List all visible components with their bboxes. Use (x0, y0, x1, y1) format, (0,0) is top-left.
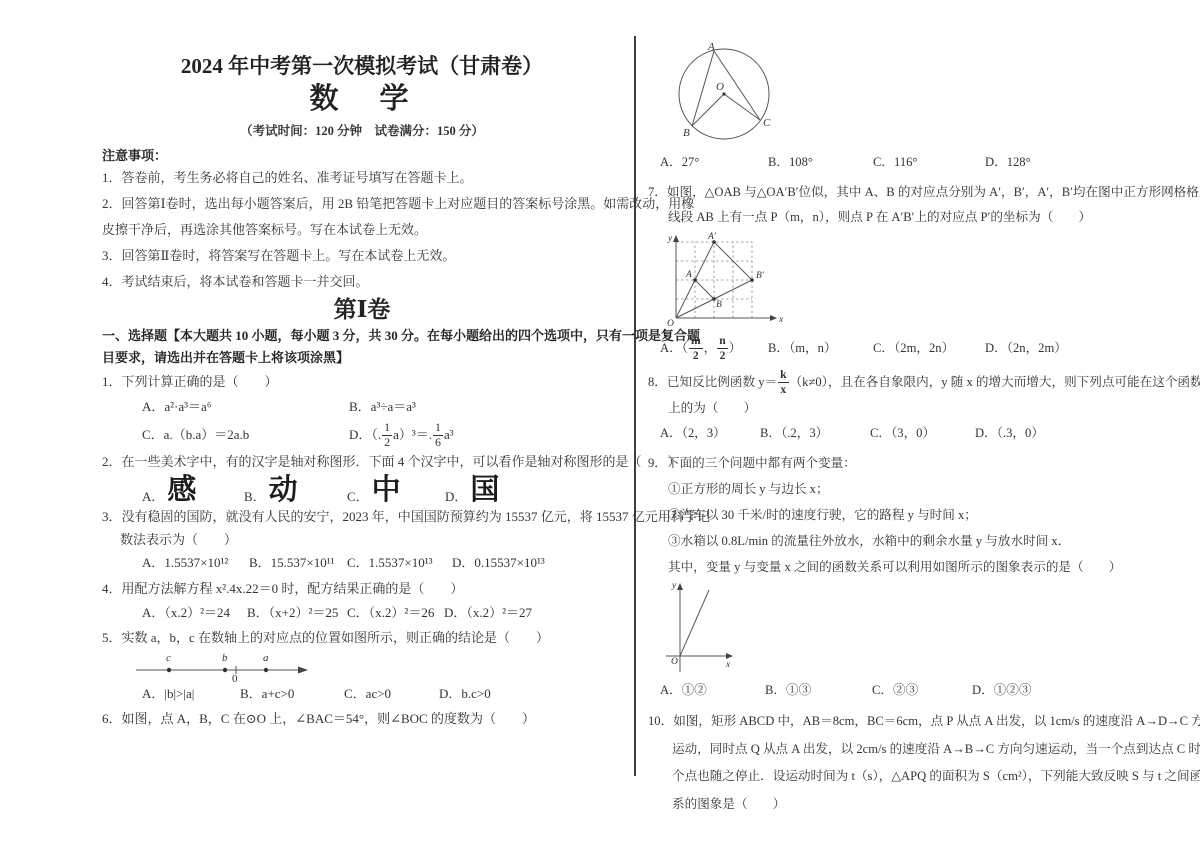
question-5-option-a: A．|b|>|a| (142, 682, 240, 705)
notice-line-1: 1．答卷前，考生务必将自己的姓名、准考证号填写在答题卡上。 (102, 165, 622, 191)
question-1-stem: 1．下列计算正确的是（ ） (102, 370, 622, 393)
question-5-stem: 5．实数 a，b，c 在数轴上的对应点的位置如图所示，则正确的结论是（ ） (102, 626, 622, 649)
question-2-option-d: D．国 (445, 475, 499, 505)
question-6-options: A．27° B．108° C．116° D．128° (648, 150, 1176, 174)
fraction-m-over-2: m2 (689, 335, 703, 361)
question-2-stem: 2．在一些美术字中，有的汉字是轴对称图形．下面 4 个汉字中，可以看作是轴对称图… (102, 450, 622, 473)
question-3-option-a: A．1.5537×10¹² (142, 551, 249, 574)
question-3-option-d: D．0.15537×10¹³ (452, 551, 545, 574)
exam-meta: （考试时间：120 分钟 试卷满分：150 分） (102, 123, 622, 140)
question-9-stem: 9．下面的三个问题中都有两个变量： (648, 451, 1176, 476)
question-3-options: A．1.5537×10¹² B．15.537×10¹¹ C．1.5537×10¹… (102, 551, 622, 574)
fraction-n-over-2: n2 (717, 335, 727, 361)
question-2-option-a: A．感 (142, 475, 244, 505)
question-3-stem-line-1: 3．没有稳固的国防，就没有人民的安宁，2023 年，中国国防预算约为 15537… (102, 505, 622, 528)
question-10-line-2: 运动，同时点 Q 从点 A 出发，以 2cm/s 的速度沿 A→B→C 方向匀速… (648, 736, 1176, 764)
circle-point-b-label: B (683, 127, 690, 139)
question-3-stem-line-2: 数法表示为（ ） (102, 528, 622, 551)
question-7-stem-line-2: 线段 AB 上有一点 P（m，n），则点 P 在 A′B′上的对应点 P′的坐标… (648, 205, 1176, 230)
question-4-option-b: B．（x+2）²＝25 (247, 600, 347, 626)
question-6-option-d: D．128° (985, 150, 1031, 174)
character-dong: 动 (269, 475, 298, 505)
grid-figure: y x O A B A′ B′ (656, 232, 788, 332)
grid-point-a-label: A (685, 270, 692, 280)
point-c-label: c (166, 652, 171, 664)
notice-title: 注意事项： (102, 146, 622, 165)
question-8-option-a: A．（2，3） (660, 421, 760, 445)
grid-point-b-prime-label: B′ (756, 271, 765, 281)
question-9-item-2: ②汽车以 30 千米/时的速度行驶，它的路程 y 与时间 x； (648, 502, 1176, 528)
question-5-options: A．|b|>|a| B．a+c>0 C．ac>0 D．b.c>0 (102, 682, 622, 705)
question-7-option-c: C．（2m，2n） (873, 334, 985, 362)
grid-x-axis-label: x (778, 315, 784, 325)
graph-origin-label: O (671, 657, 678, 667)
question-6-option-a: A．27° (660, 150, 768, 174)
question-6-option-c: C．116° (873, 150, 985, 174)
question-9-item-1: ①正方形的周长 y 与边长 x； (648, 476, 1176, 502)
question-7-option-b: B．（m，n） (768, 334, 873, 362)
question-10-line-1: 10．如图，矩形 ABCD 中，AB＝8cm，BC＝6cm，点 P 从点 A 出… (648, 708, 1176, 736)
question-7-option-d: D．（2n，2m） (985, 334, 1067, 362)
section-heading: 第Ⅰ卷 (102, 295, 622, 325)
question-5-option-b: B．a+c>0 (240, 682, 344, 705)
character-guo: 国 (470, 475, 499, 505)
question-4-options: A．（x.2）²＝24 B．（x+2）²＝25 C．（x.2）²＝26 D．（x… (102, 600, 622, 626)
question-9-options: A．①② B．①③ C．②③ D．①②③ (648, 678, 1176, 702)
circle-figure: A B C O (662, 42, 782, 144)
question-2-option-c: C．中 (347, 475, 445, 505)
grid-point-a-prime-label: A′ (707, 232, 717, 242)
question-10-line-3: 个点也随之停止．设运动时间为 t（s），△APQ 的面积为 S（cm²），下列能… (648, 763, 1176, 791)
section-intro-line-1: 一、选择题【本大题共 10 小题，每小题 3 分，共 30 分。在每小题给出的四… (102, 325, 622, 347)
left-column: 2024 年中考第一次模拟考试（甘肃卷） 数 学 （考试时间：120 分钟 试卷… (102, 52, 622, 730)
question-1-options-row-2: C．a.（b.a）＝2a.b D．（.12a）³＝.16a³ (102, 420, 622, 450)
fraction-k-over-x: kx (778, 369, 788, 395)
question-1-option-c: C．a.（b.a）＝2a.b (142, 420, 349, 450)
right-column: A B C O A．27° B．108° C．116° D．128° 7．如图，… (648, 40, 1176, 818)
question-4-option-a: A．（x.2）²＝24 (142, 600, 247, 626)
notice-line-2b: 皮擦干净后，再选涂其他答案标号。写在本试卷上无效。 (102, 217, 622, 243)
question-6-stem: 6．如图，点 A，B，C 在⊙O 上，∠BAC＝54°，则∠BOC 的度数为（ … (102, 707, 622, 730)
circle-point-c-label: C (763, 117, 771, 129)
exam-paper-page: 2024 年中考第一次模拟考试（甘肃卷） 数 学 （考试时间：120 分钟 试卷… (0, 0, 1200, 848)
character-gan: 感 (167, 475, 196, 505)
exam-title: 2024 年中考第一次模拟考试（甘肃卷） (102, 52, 622, 80)
character-zhong: 中 (372, 475, 401, 505)
question-4-option-c: C．（x.2）²＝26 (347, 600, 444, 626)
notice-line-4: 4．考试结束后，将本试卷和答题卡一并交回。 (102, 269, 622, 295)
question-1-options-row-1: A．a²·a³＝a⁶ B．a³÷a＝a³ (102, 393, 622, 420)
question-10-line-4: 系的图象是（ ） (648, 791, 1176, 819)
question-7-option-a: A．（m2，n2） (660, 334, 768, 362)
line-graph-figure: y x O (660, 580, 750, 678)
question-3-option-c: C．1.5537×10¹³ (347, 551, 452, 574)
question-9-option-a: A．①② (660, 678, 765, 702)
question-1-option-b: B．a³÷a＝a³ (349, 393, 416, 420)
question-7-stem-line-1: 7．如图，△OAB 与△OA′B′位似，其中 A、B 的对应点分别为 A′，B′… (648, 180, 1176, 205)
question-4-stem: 4．用配方法解方程 x².4x.22＝0 时，配方结果正确的是（ ） (102, 577, 622, 600)
question-2-option-b: B．动 (244, 475, 347, 505)
question-7-options: A．（m2，n2） B．（m，n） C．（2m，2n） D．（2n，2m） (648, 334, 1176, 362)
question-9-option-d: D．①②③ (972, 678, 1031, 702)
fraction-one-sixth: 16 (433, 422, 443, 449)
question-4-option-d: D．（x.2）²＝27 (444, 600, 532, 626)
notice-line-2: 2．回答第Ⅰ卷时，选出每小题答案后，用 2B 铅笔把答题卡上对应题目的答案标号涂… (102, 191, 622, 217)
circle-center-o-label: O (716, 81, 724, 93)
grid-origin-label: O (667, 319, 674, 329)
question-8-option-c: C．（3，0） (870, 421, 975, 445)
question-8-option-b: B．（.2，3） (760, 421, 870, 445)
subject-title: 数 学 (102, 80, 622, 118)
question-8-stem-line-1: 8．已知反比例函数 y＝kx（k≠0），且在各自象限内，y 随 x 的增大而增大… (648, 368, 1176, 396)
notice-line-3: 3．回答第Ⅱ卷时，将答案写在答题卡上。写在本试卷上无效。 (102, 243, 622, 269)
question-1-option-d: D．（.12a）³＝.16a³ (349, 420, 454, 450)
question-8-option-d: D．（.3，0） (975, 421, 1044, 445)
number-line-figure: c b a 0 (132, 649, 312, 682)
question-9-option-b: B．①③ (765, 678, 872, 702)
question-2-options: A．感 B．动 C．中 D．国 (102, 473, 622, 505)
question-9-option-c: C．②③ (872, 678, 972, 702)
origin-zero-label: 0 (232, 673, 238, 682)
question-9-item-3: ③水箱以 0.8L/min 的流量往外放水，水箱中的剩余水量 y 与放水时间 x… (648, 528, 1176, 554)
grid-y-axis-label: y (667, 234, 673, 244)
circle-point-a-label: A (707, 42, 715, 53)
point-a-label: a (263, 652, 269, 664)
question-6-option-b: B．108° (768, 150, 873, 174)
point-b-label: b (222, 652, 228, 664)
question-3-option-b: B．15.537×10¹¹ (249, 551, 347, 574)
fraction-one-half: 12 (382, 422, 392, 449)
graph-x-axis-label: x (725, 660, 731, 670)
question-5-option-d: D．b.c>0 (439, 682, 491, 705)
graph-y-axis-label: y (671, 581, 677, 591)
question-1-option-a: A．a²·a³＝a⁶ (142, 393, 349, 420)
grid-point-b-label: B (716, 300, 722, 310)
question-9-item-4: 其中，变量 y 与变量 x 之间的函数关系可以利用如图所示的图象表示的是（ ） (648, 554, 1176, 580)
section-intro-line-2: 目要求，请选出并在答题卡上将该项涂黑】 (102, 347, 622, 369)
question-5-option-c: C．ac>0 (344, 682, 439, 705)
question-8-options: A．（2，3） B．（.2，3） C．（3，0） D．（.3，0） (648, 421, 1176, 445)
column-divider (634, 36, 636, 776)
question-8-stem-line-2: 上的为（ ） (648, 396, 1176, 421)
